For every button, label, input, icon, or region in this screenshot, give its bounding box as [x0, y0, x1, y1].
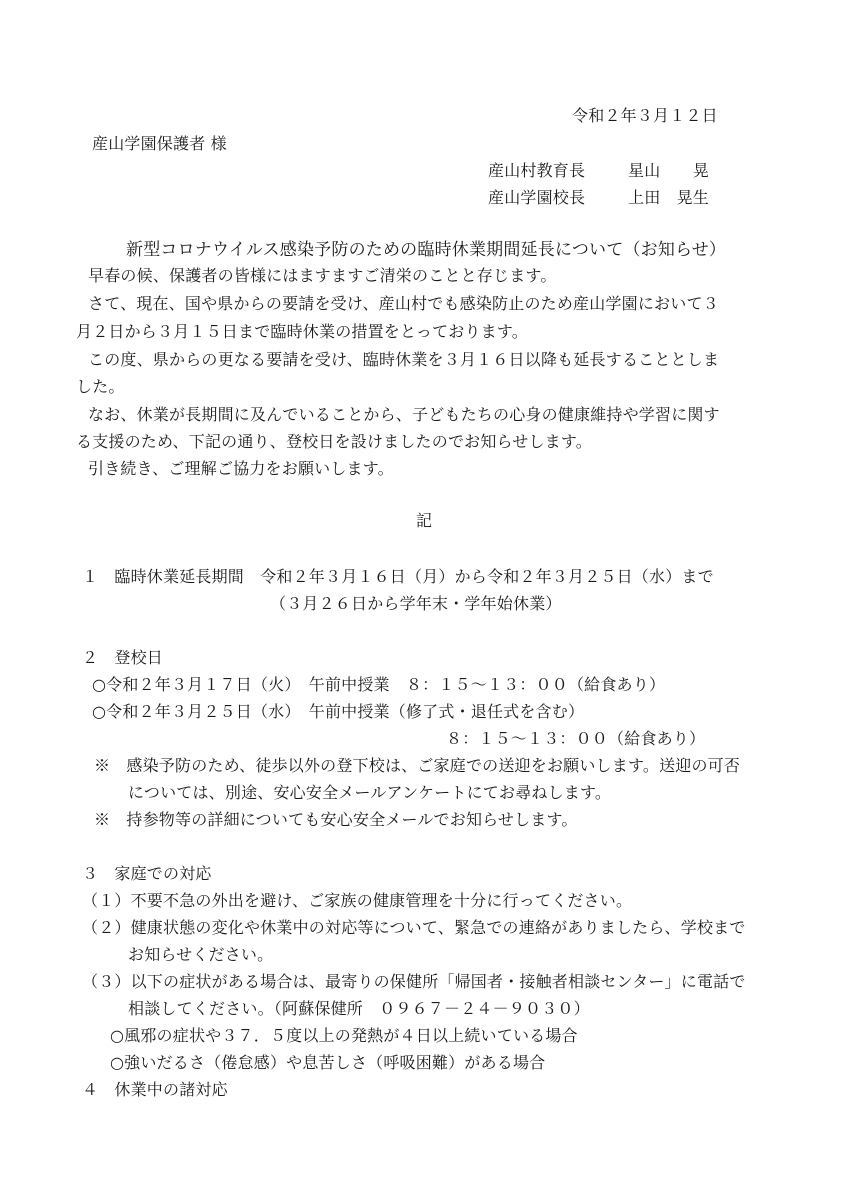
body-paragraph: した。: [76, 377, 125, 397]
section-1-heading: １ 臨時休業延長期間 令和２年３月１６日（月）から令和２年３月２５日（水）まで: [82, 567, 714, 587]
section-2-note: については、別途、安心安全メールアンケートにてお尋ねします。: [128, 783, 611, 803]
section-4-heading: ４ 休業中の諸対応: [82, 1080, 228, 1100]
recipient: 産山学園保護者 様: [92, 134, 227, 154]
body-paragraph: 早春の候、保護者の皆様にはますますご清栄のことと存じます。: [88, 266, 557, 286]
ki-marker: 記: [416, 511, 432, 531]
home-response-item: （２）健康状態の変化や休業中の対応等について、緊急での連絡がありましたら、学校ま…: [82, 918, 746, 938]
body-paragraph: この度、県からの更なる要請を受け、臨時休業を３月１６日以降も延長することとしま: [88, 350, 719, 370]
sender-title-1: 産山村教育長: [488, 161, 585, 181]
home-response-item: 相談してください。（阿蘇保健所 ０９６７－２４－９０３０）: [128, 999, 590, 1019]
section-2-note: ※ 持参物等の詳細についても安心安全メールでお知らせします。: [94, 810, 578, 830]
sender-name-1: 星山 晃: [628, 161, 709, 181]
school-day-item-time: ８：１５～１３：００（給食あり）: [446, 729, 705, 749]
section-2-heading: ２ 登校日: [82, 648, 163, 668]
home-response-item: （１）不要不急の外出を避け、ご家族の健康管理を十分に行ってください。: [82, 891, 632, 911]
school-day-item: ○令和２年３月２５日（水） 午前中授業（修了式・退任式を含む）: [92, 702, 584, 722]
sender-title-2: 産山学園校長: [488, 188, 585, 208]
document-title: 新型コロナウイルス感染予防のための臨時休業期間延長について（お知らせ）: [126, 240, 726, 260]
body-paragraph: さて、現在、国や県からの要請を受け、産山村でも感染防止のため産山学園において３: [88, 294, 719, 314]
body-paragraph: 月２日から３月１５日まで臨時休業の措置をとっております。: [76, 322, 528, 342]
document-date: 令和２年３月１２日: [572, 106, 718, 126]
section-3-heading: ３ 家庭での対応: [82, 864, 212, 884]
body-paragraph: 引き続き、ご理解ご協力をお願いします。: [88, 459, 394, 479]
home-response-item: （３）以下の症状がある場合は、最寄りの保健所「帰国者・接触者相談センター」に電話…: [82, 972, 746, 992]
sender-name-2: 上田 晃生: [628, 188, 709, 208]
section-1-note: （３月２６日から学年末・学年始休業）: [270, 594, 562, 614]
school-day-item: ○令和２年３月１７日（火） 午前中授業 ８：１５～１３：００（給食あり）: [92, 675, 665, 695]
symptom-item: ○風邪の症状や３７．５度以上の発熱が４日以上続いている場合: [110, 1026, 578, 1046]
home-response-item: お知らせください。: [128, 945, 273, 965]
body-paragraph: なお、休業が長期間に及んでいることから、子どもたちの心身の健康維持や学習に関す: [88, 405, 720, 425]
section-2-note: ※ 感染予防のため、徒歩以外の登下校は、ご家庭での送迎をお願いします。送迎の可否: [94, 756, 740, 776]
symptom-item: ○強いだるさ（倦怠感）や息苦しさ（呼吸困難）がある場合: [110, 1053, 545, 1073]
body-paragraph: る支援のため、下記の通り、登校日を設けましたのでお知らせします。: [76, 432, 592, 452]
